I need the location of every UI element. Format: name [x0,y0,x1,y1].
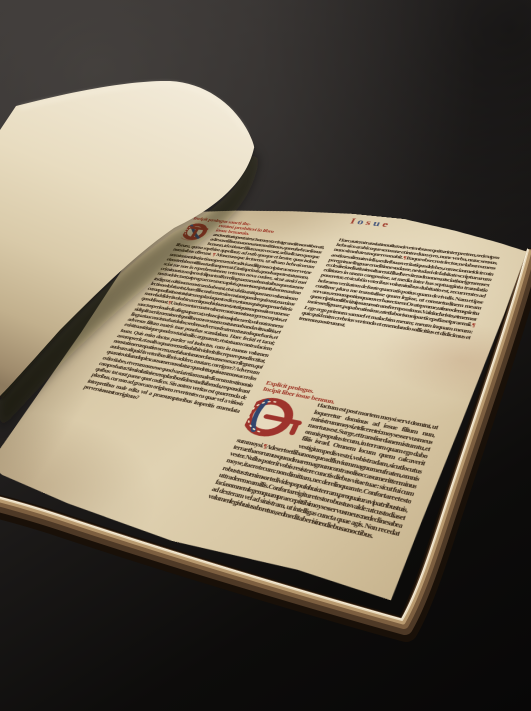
curl-ridge-highlight [20,84,246,134]
photo-background: Iosue Incipit prologus sancti ihe- ronim… [0,0,531,711]
open-book-page-wrapper: Iosue Incipit prologus sancti ihe- ronim… [0,210,522,578]
book-page: Iosue Incipit prologus sancti ihe- ronim… [0,194,531,613]
running-title: Iosue [348,216,435,235]
